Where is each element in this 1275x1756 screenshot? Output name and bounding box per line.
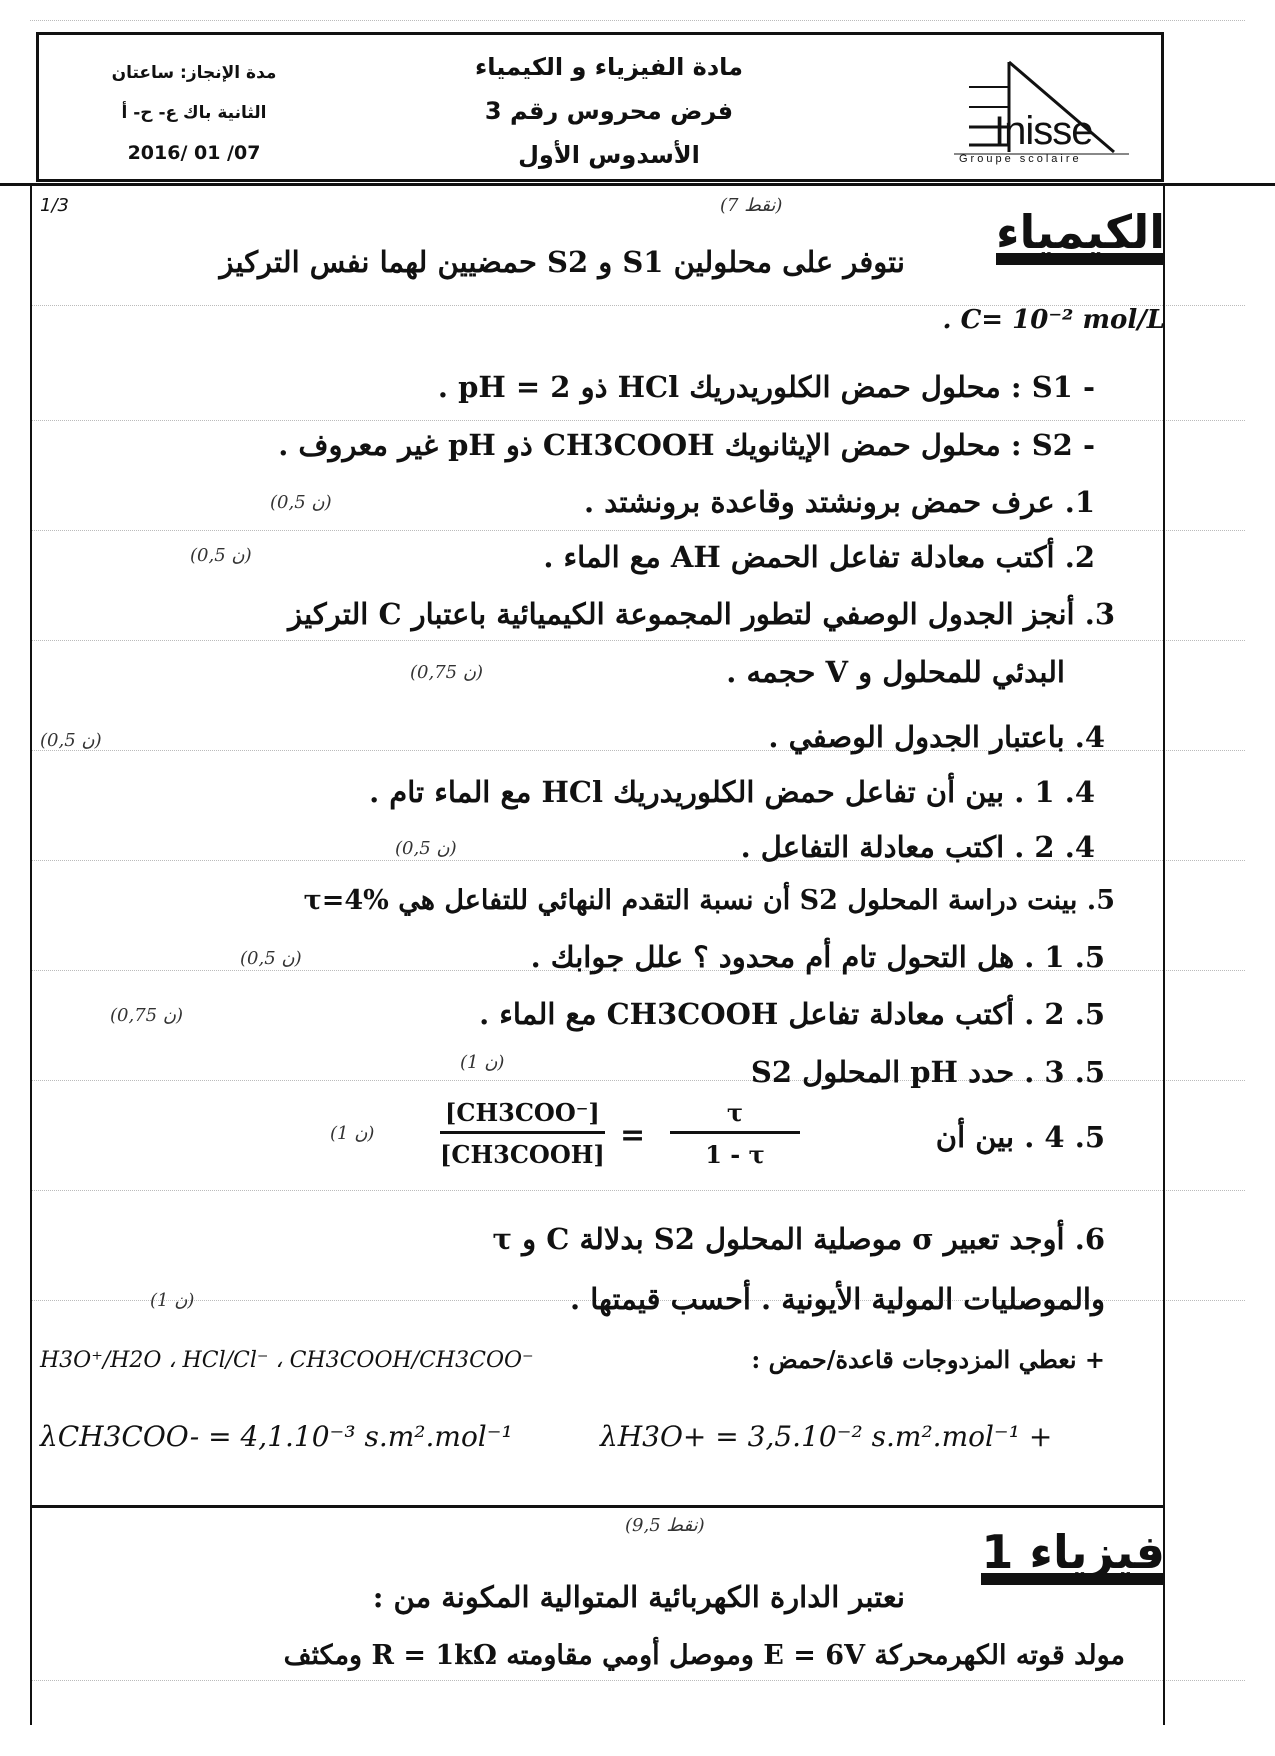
chemistry-title-text: الكيمياء: [996, 205, 1165, 259]
fraction-tau: τ 1 - τ: [670, 1098, 800, 1169]
title-underline: [981, 1573, 1165, 1585]
question-5-1-points: (0,5 ن): [240, 948, 302, 969]
fraction-denominator: [CH3COOH]: [440, 1134, 605, 1169]
title-underline: [996, 253, 1165, 265]
chem-intro-2: . C= 10⁻² mol/L: [943, 305, 1166, 335]
question-5-4: 5. 4 . بين أن: [936, 1120, 1105, 1154]
fraction-denominator: 1 - τ: [670, 1134, 800, 1169]
chem-intro-1: نتوفر على محلولين S1 و S2 حمضيين لهما نف…: [219, 245, 905, 279]
question-5-2: 5. 2 . أكتب معادلة تفاعل CH3COOH مع الما…: [479, 997, 1105, 1031]
question-3-line-1: 3. أنجز الجدول الوصفي لتطور المجموعة الك…: [288, 597, 1115, 631]
question-3-line-2: البدئي للمحلول و V حجمه .: [726, 655, 1065, 689]
question-1: 1. عرف حمض برونشتد وقاعدة برونشتد .: [584, 485, 1095, 519]
section-divider: [30, 1505, 1165, 1508]
question-4-1: 4. 1 . بين أن تفاعل حمض الكلوريدريك HCl …: [369, 775, 1095, 809]
s1-description: - S1 : محلول حمض الكلوريدريك HCl ذو pH =…: [438, 370, 1095, 404]
question-6-points: (1 ن): [150, 1290, 194, 1311]
question-4: 4. باعتبار الجدول الوصفي .: [768, 720, 1105, 754]
page-number: 1/3: [40, 195, 69, 216]
exam-title: فرض محروس رقم 3: [439, 89, 779, 133]
question-5-2-points: (0,75 ن): [110, 1005, 183, 1026]
logo-text: Inisse: [994, 109, 1093, 154]
exam-header: مدة الإنجاز: ساعتان الثانية باك ع- ح- أ …: [36, 32, 1164, 182]
question-6-line-2: والموصليات المولية الأيونية . أحسب قيمته…: [570, 1282, 1105, 1316]
question-2-points: (0,5 ن): [190, 545, 252, 566]
chemistry-points: (7 نقط): [720, 195, 782, 216]
physics-title: فيزياء 1: [981, 1525, 1165, 1579]
question-5-1: 5. 1 . هل التحول تام أم محدود ؟ علل جواب…: [531, 940, 1105, 974]
couples-label: + نعطي المزدوجات قاعدة/حمض :: [751, 1345, 1105, 1374]
lambda-ch3coo: λCH3COO- = 4,1.10⁻³ s.m².mol⁻¹: [40, 1420, 513, 1453]
subject-title: مادة الفيزياء و الكيمياء: [439, 45, 779, 89]
fraction-numerator: τ: [670, 1098, 800, 1134]
school-logo: Inisse Groupe scolaire: [939, 57, 1139, 177]
question-6-line-1: 6. أوجد تعبير σ موصلية المحلول S2 بدلالة…: [493, 1222, 1105, 1256]
physics-intro-1: نعتبر الدارة الكهربائية المتوالية المكون…: [373, 1580, 905, 1614]
exam-title-block: مادة الفيزياء و الكيمياء فرض محروس رقم 3…: [439, 45, 779, 177]
semester-title: الأسدوس الأول: [439, 133, 779, 177]
equals-sign: =: [620, 1118, 645, 1153]
duration: مدة الإنجاز: ساعتان: [69, 53, 319, 93]
question-4-2: 4. 2 . اكتب معادلة التفاعل .: [741, 830, 1095, 864]
acid-base-couples: H3O⁺/H2O ، HCl/Cl⁻ ، CH3COOH/CH3COO⁻: [40, 1348, 534, 1373]
lambda-h3o: λH3O+ = 3,5.10⁻² s.m².mol⁻¹ +: [600, 1420, 1052, 1453]
question-3-points: (0,75 ن): [410, 662, 483, 683]
fraction-concentrations: [CH3COO⁻] [CH3COOH]: [440, 1098, 605, 1169]
dotted-line: [30, 20, 1245, 21]
question-5-4-points: (1 ن): [330, 1123, 374, 1144]
question-5: 5. بينت دراسة المحلول S2 أن نسبة التقدم …: [304, 885, 1115, 916]
exam-info: مدة الإنجاز: ساعتان الثانية باك ع- ح- أ …: [69, 53, 319, 173]
class-level: الثانية باك ع- ح- أ: [69, 93, 319, 133]
exam-date: 2016/ 01 /07: [69, 133, 319, 173]
physics-points: (9,5 نقط): [625, 1515, 705, 1536]
question-1-points: (0,5 ن): [270, 492, 332, 513]
question-4-2-points: (0,5 ن): [395, 838, 457, 859]
physics-intro-2: مولد قوته الكهرمحركة E = 6V وموصل أومي م…: [284, 1640, 1125, 1671]
fraction-numerator: [CH3COO⁻]: [440, 1098, 605, 1134]
question-5-3-points: (1 ن): [460, 1052, 504, 1073]
chemistry-title: الكيمياء: [996, 205, 1165, 259]
physics-title-text: فيزياء 1: [981, 1525, 1165, 1579]
s2-description: - S2 : محلول حمض الإيثانويك CH3COOH ذو p…: [278, 428, 1095, 462]
question-5-3: 5. 3 . حدد pH المحلول S2: [751, 1055, 1105, 1089]
question-4-points: (0,5 ن): [40, 730, 102, 751]
logo-subtext: Groupe scolaire: [959, 153, 1082, 165]
question-2: 2. أكتب معادلة تفاعل الحمض AH مع الماء .: [543, 540, 1095, 574]
